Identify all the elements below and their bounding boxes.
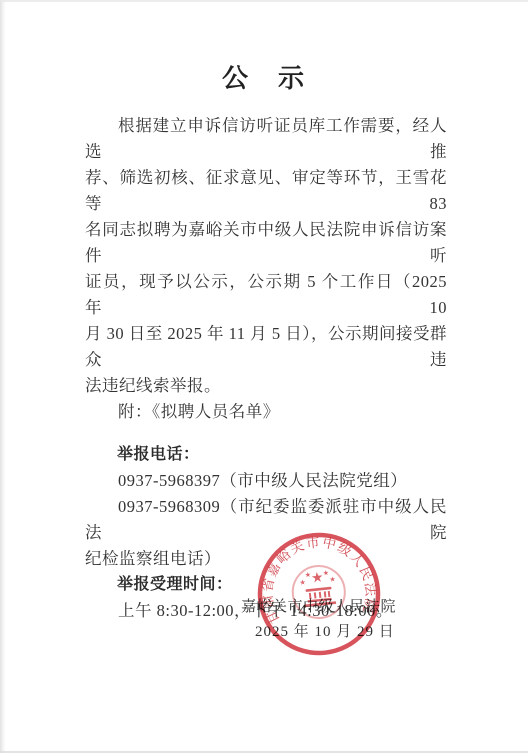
scan-left-edge [0,0,6,753]
official-seal: 甘肃省嘉峪关市中级人民法院 ★ ★ ★ ★ ★ [249,524,390,665]
paragraph-line: 月 30 日至 2025 年 11 月 5 日），公示期间接受群众违 [85,321,447,373]
page-title: 公 示 [0,58,528,95]
notice-page: 公 示 根据建立申诉信访听证员库工作需要，经人选推 荐、筛选初核、征求意见、审定… [0,0,528,753]
national-emblem-icon: ★ ★ ★ ★ ★ [290,563,347,620]
attachment-line: 附：《拟聘人员名单》 [85,399,447,425]
paragraph-line: 法违纪线索举报。 [85,373,447,399]
paragraph-line: 名同志拟聘为嘉峪关市中级人民法院申诉信访案件听 [85,217,447,269]
svg-text:★: ★ [329,575,336,584]
svg-text:★: ★ [299,578,306,587]
paragraph-line: 证员，现予以公示，公示期 5 个工作日（2025 年 10 [85,269,447,321]
spacer [85,425,447,442]
scan-top-edge [0,0,528,2]
paragraph-line: 荐、筛选初核、征求意见、审定等环节，王雪花等 83 [85,165,447,217]
report-phone-number-1: 0937-5968397（市中级人民法院党组） [85,468,447,494]
svg-text:★: ★ [304,571,311,580]
report-phone-heading: 举报电话： [85,442,447,468]
paragraph-line: 根据建立申诉信访听证员库工作需要，经人选推 [85,113,447,165]
